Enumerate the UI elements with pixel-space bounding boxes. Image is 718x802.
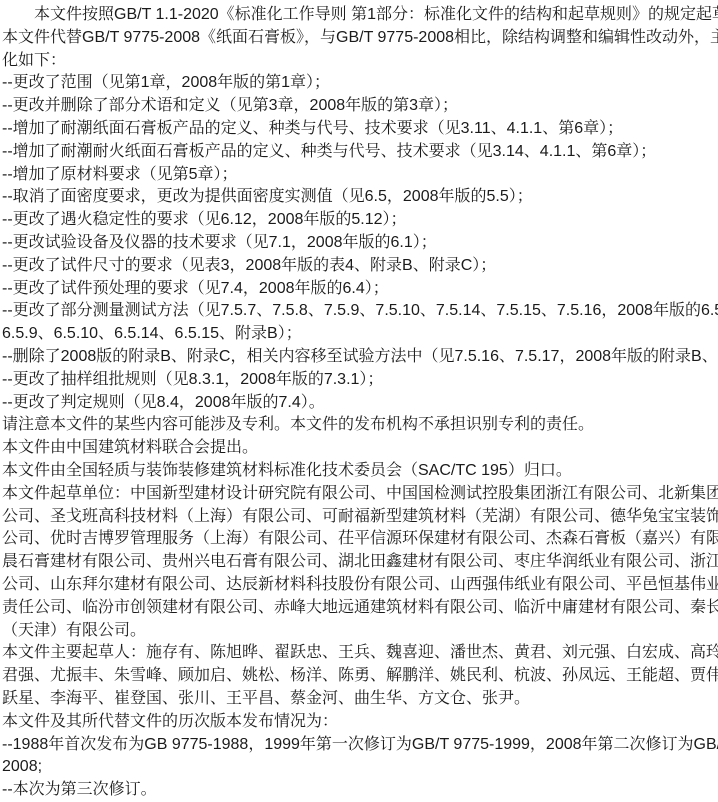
text-line: --更改了范围（见第1章，2008年版的第1章）；	[2, 72, 716, 95]
text-line: 本文件代替GB/T 9775-2008《纸面石膏板》，与GB/T 9775-20…	[2, 27, 716, 50]
text-line: 本文件按照GB/T 1.1-2020《标准化工作导则 第1部分：标准化文件的结构…	[2, 4, 716, 27]
text-line: 本文件由全国轻质与装饰装修建筑材料标准化技术委员会（SAC/TC 195）归口。	[2, 460, 716, 483]
text-line: 6.5.9、6.5.10、6.5.14、6.5.15、附录B）；	[2, 323, 716, 346]
text-line: 责任公司、临汾市创领建材有限公司、赤峰大地远通建筑材料有限公司、临沂中庸建材有限…	[2, 597, 716, 620]
text-line: （天津）有限公司。	[2, 620, 716, 643]
text-line: --增加了耐潮耐火纸面石膏板产品的定义、种类与代号、技术要求（见3.14、4.1…	[2, 141, 716, 164]
text-line: --增加了原材料要求（见第5章）；	[2, 164, 716, 187]
text-line: 本文件由中国建筑材料联合会提出。	[2, 437, 716, 460]
text-line: --更改了试件预处理的要求（见7.4，2008年版的6.4）；	[2, 278, 716, 301]
text-line: --更改试验设备及仪器的技术要求（见7.1，2008年版的6.1）；	[2, 232, 716, 255]
text-line: --更改了遇火稳定性的要求（见6.12，2008年版的5.12）；	[2, 209, 716, 232]
text-line: --取消了面密度要求，更改为提供面密度实测值（见6.5，2008年版的5.5）；	[2, 186, 716, 209]
text-line: 公司、优时吉博罗管理服务（上海）有限公司、茌平信源环保建材有限公司、杰森石膏板（…	[2, 528, 716, 551]
text-line: --更改了试件尺寸的要求（见表3，2008年版的表4、附录B、附录C）；	[2, 255, 716, 278]
text-line: 本文件主要起草人：施存有、陈旭晔、翟跃忠、王兵、魏喜迎、潘世杰、黄君、刘元强、白…	[2, 642, 716, 665]
text-line: --更改了抽样组批规则（见8.3.1，2008年版的7.3.1）；	[2, 369, 716, 392]
text-line: --删除了2008版的附录B、附录C，相关内容移至试验方法中（见7.5.16、7…	[2, 346, 716, 369]
text-line: 2008;	[2, 756, 716, 779]
text-line: 公司、圣戈班高科技材料（上海）有限公司、可耐福新型建筑材料（芜湖）有限公司、德华…	[2, 506, 716, 529]
text-line: 请注意本文件的某些内容可能涉及专利。本文件的发布机构不承担识别专利的责任。	[2, 414, 716, 437]
text-line: 本文件及其所代替文件的历次版本发布情况为：	[2, 711, 716, 734]
text-line: --本次为第三次修订。	[2, 779, 716, 802]
text-line: --1988年首次发布为GB 9775-1988，1999年第一次修订为GB/T…	[2, 734, 716, 757]
text-line: 跃星、李海平、崔登国、张川、王平昌、蔡金河、曲生华、方文仓、张尹。	[2, 688, 716, 711]
text-line: 公司、山东拜尔建材有限公司、达辰新材料科技股份有限公司、山西强伟纸业有限公司、平…	[2, 574, 716, 597]
document-page: 本文件按照GB/T 1.1-2020《标准化工作导则 第1部分：标准化文件的结构…	[0, 0, 718, 802]
text-line: --更改了部分测量测试方法（见7.5.7、7.5.8、7.5.9、7.5.10、…	[2, 300, 716, 323]
text-line: --更改并删除了部分术语和定义（见第3章，2008年版的第3章）；	[2, 95, 716, 118]
document-text-block: 本文件按照GB/T 1.1-2020《标准化工作导则 第1部分：标准化文件的结构…	[0, 0, 718, 802]
text-line: --更改了判定规则（见8.4，2008年版的7.4）。	[2, 392, 716, 415]
text-line: 君强、尤振丰、朱雪峰、顾加启、姚松、杨洋、陈勇、解鹏洋、姚民利、杭波、孙凤远、王…	[2, 665, 716, 688]
text-line: 化如下：	[2, 50, 716, 73]
text-line: 本文件起草单位：中国新型建材设计研究院有限公司、中国国检测试控股集团浙江有限公司…	[2, 483, 716, 506]
text-line: 晨石膏建材有限公司、贵州兴电石膏有限公司、湖北田鑫建材有限公司、枣庄华润纸业有限…	[2, 551, 716, 574]
text-line: --增加了耐潮纸面石膏板产品的定义、种类与代号、技术要求（见3.11、4.1.1…	[2, 118, 716, 141]
